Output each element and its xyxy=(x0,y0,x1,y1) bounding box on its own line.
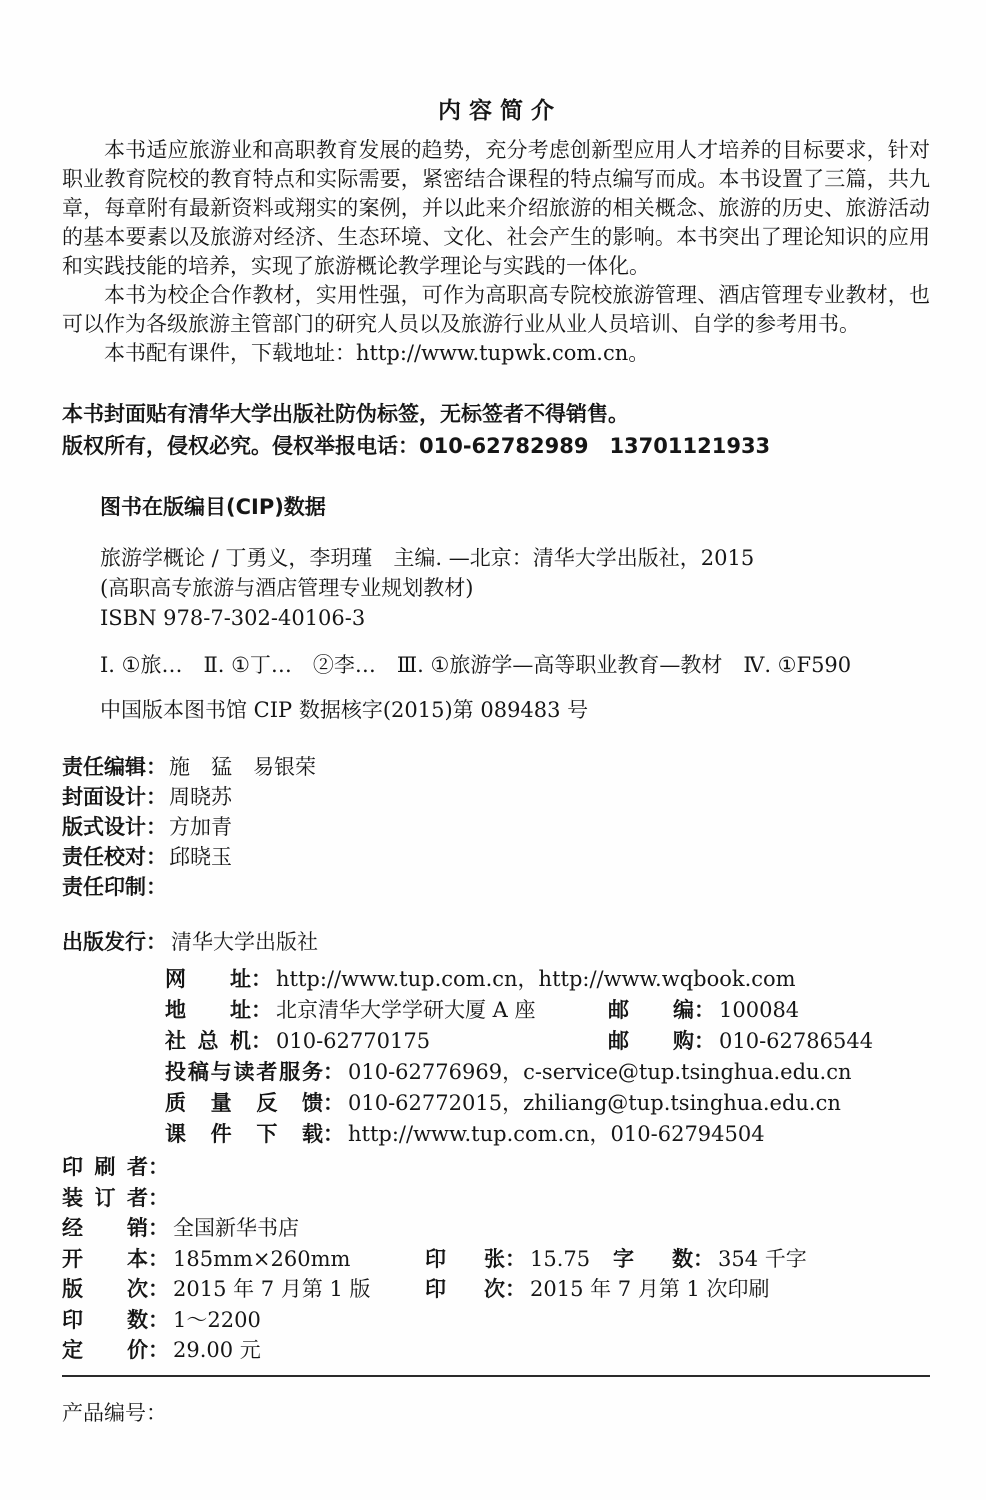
address-row: 地址：北京清华大学学研大厦 A 座 邮编：100084 xyxy=(165,995,930,1026)
courseware-value: http://www.tup.com.cn，010-62794504 xyxy=(348,1122,765,1146)
mail-order-col: 邮购：010-62786544 xyxy=(608,1026,873,1057)
zip-col: 邮编：100084 xyxy=(608,995,799,1026)
distributor-row: 经销：全国新华书店 xyxy=(62,1213,930,1244)
distributor-value: 全国新华书店 xyxy=(173,1216,299,1240)
colon: ： xyxy=(148,1216,169,1240)
colon: ： xyxy=(694,998,715,1022)
copyright-page: 内 容 简 介 本书适应旅游业和高职教育发展的趋势，充分考虑创新型应用人才培养的… xyxy=(0,0,986,1500)
print-run-label: 印数 xyxy=(62,1305,148,1336)
format-row: 开本：185mm×260mm 印张：15.75 字数：354 千字 xyxy=(62,1244,930,1275)
address-value: 北京清华大学学研大厦 A 座 xyxy=(276,998,536,1022)
courseware-label: 课件下载 xyxy=(165,1119,323,1150)
colon: ： xyxy=(148,1155,169,1179)
colon: ： xyxy=(251,1029,272,1053)
cip-book-line: 旅游学概论 / 丁勇义，李玥瑾 主编. —北京：清华大学出版社，2015 xyxy=(100,543,930,573)
cover-design-value: 周晓苏 xyxy=(169,785,232,809)
colon: ： xyxy=(251,967,272,991)
switchboard-label: 社总机 xyxy=(165,1026,251,1057)
colon: ： xyxy=(505,1247,526,1271)
intro-paragraph-3: 本书配有课件，下载地址：http://www.tupwk.com.cn。 xyxy=(62,339,930,368)
edition-label: 版次 xyxy=(62,1274,148,1305)
cip-block: 图书在版编目(CIP)数据 旅游学概论 / 丁勇义，李玥瑾 主编. —北京：清华… xyxy=(100,492,930,725)
address-label: 地址 xyxy=(165,995,251,1026)
colon: ： xyxy=(694,1029,715,1053)
quality-feedback-value: 010-62772015，zhiliang@tup.tsinghua.edu.c… xyxy=(348,1091,841,1115)
footer-divider xyxy=(62,1375,930,1377)
page-title: 内 容 简 介 xyxy=(62,96,930,126)
words-col: 字数：354 千字 xyxy=(613,1244,807,1275)
anti-counterfeit-line: 本书封面贴有清华大学出版社防伪标签，无标签者不得销售。 xyxy=(62,398,930,430)
mail-order-label: 邮购 xyxy=(608,1026,694,1057)
quality-feedback-row: 质量反馈：010-62772015，zhiliang@tup.tsinghua.… xyxy=(165,1088,930,1119)
words-value: 354 千字 xyxy=(718,1247,807,1271)
binder-row: 装订者： xyxy=(62,1183,930,1214)
publisher-name: 清华大学出版社 xyxy=(171,930,318,954)
rights-hotline-line: 版权所有，侵权必究。侵权举报电话：010-62782989 1370112193… xyxy=(62,430,930,462)
distributor-label: 经销 xyxy=(62,1213,148,1244)
zip-label: 邮编 xyxy=(608,995,694,1026)
colon: ： xyxy=(323,1122,344,1146)
colon: ： xyxy=(148,1247,169,1271)
printer-label: 印刷者 xyxy=(62,1152,148,1183)
impression-value: 2015 年 7 月第 1 次印刷 xyxy=(530,1277,770,1301)
mail-order-value: 010-62786544 xyxy=(719,1029,873,1053)
credit-row-layout-design: 版式设计：方加青 xyxy=(62,812,930,842)
credit-row-editor: 责任编辑：施 猛 易银荣 xyxy=(62,752,930,782)
credit-row-print-supervisor: 责任印制： xyxy=(62,872,930,902)
publisher-row: 出版发行：清华大学出版社 xyxy=(62,927,930,958)
edition-row: 版次：2015 年 7 月第 1 版 印次：2015 年 7 月第 1 次印刷 xyxy=(62,1274,930,1305)
website-row: 网址：http://www.tup.com.cn，http://www.wqbo… xyxy=(165,964,930,995)
reader-service-row: 投稿与读者服务：010-62776969，c-service@tup.tsing… xyxy=(165,1057,930,1088)
cip-classification-line: Ⅰ. ①旅… Ⅱ. ①丁… ②李… Ⅲ. ①旅游学—高等职业教育—教材 Ⅳ. ①… xyxy=(100,650,930,680)
printing-block: 印刷者： 装订者： 经销：全国新华书店 开本：185mm×260mm 印张：15… xyxy=(62,1152,930,1366)
colon: ： xyxy=(148,1277,169,1301)
website-label: 网址 xyxy=(165,964,251,995)
publisher-details: 网址：http://www.tup.com.cn，http://www.wqbo… xyxy=(165,964,930,1150)
layout-design-value: 方加青 xyxy=(169,815,232,839)
words-label: 字数 xyxy=(613,1244,693,1275)
reader-service-value: 010-62776969，c-service@tup.tsinghua.edu.… xyxy=(348,1060,852,1084)
switchboard-row: 社总机：010-62770175 邮购：010-62786544 xyxy=(165,1026,930,1057)
print-supervisor-label: 责任印制： xyxy=(62,875,167,899)
reader-service-label: 投稿与读者服务 xyxy=(165,1057,323,1088)
proofreader-label: 责任校对： xyxy=(62,845,167,869)
intro-paragraph-1: 本书适应旅游业和高职教育发展的趋势，充分考虑创新型应用人才培养的目标要求，针对职… xyxy=(62,136,930,281)
cip-book-info: 旅游学概论 / 丁勇义，李玥瑾 主编. —北京：清华大学出版社，2015 (高职… xyxy=(100,543,930,633)
credit-row-cover-design: 封面设计：周晓苏 xyxy=(62,782,930,812)
price-label: 定价 xyxy=(62,1335,148,1366)
layout-design-label: 版式设计： xyxy=(62,815,167,839)
colon: ： xyxy=(323,1091,344,1115)
proofreader-value: 邱晓玉 xyxy=(169,845,232,869)
colon: ： xyxy=(693,1247,714,1271)
edition-value: 2015 年 7 月第 1 版 xyxy=(173,1277,371,1301)
publisher-block: 出版发行：清华大学出版社 网址：http://www.tup.com.cn，ht… xyxy=(62,927,930,1150)
impression-label: 印次 xyxy=(425,1274,505,1305)
colon: ： xyxy=(251,998,272,1022)
cip-record-line: 中国版本图书馆 CIP 数据核字(2015)第 089483 号 xyxy=(100,695,930,725)
colon: ： xyxy=(148,1186,169,1210)
editor-label: 责任编辑： xyxy=(62,755,167,779)
sheets-label: 印张 xyxy=(425,1244,505,1275)
impression-col: 印次：2015 年 7 月第 1 次印刷 xyxy=(425,1274,770,1305)
publisher-label: 出版发行： xyxy=(62,930,167,954)
copyright-warning: 本书封面贴有清华大学出版社防伪标签，无标签者不得销售。 版权所有，侵权必究。侵权… xyxy=(62,398,930,462)
intro-paragraph-2: 本书为校企合作教材，实用性强，可作为高职高专院校旅游管理、酒店管理专业教材，也可… xyxy=(62,281,930,339)
format-value: 185mm×260mm xyxy=(173,1247,350,1271)
print-run-value: 1～2200 xyxy=(173,1308,261,1332)
switchboard-value: 010-62770175 xyxy=(276,1029,430,1053)
intro-section: 本书适应旅游业和高职教育发展的趋势，充分考虑创新型应用人才培养的目标要求，针对职… xyxy=(62,136,930,368)
sheets-col: 印张：15.75 xyxy=(425,1244,590,1275)
colon: ： xyxy=(148,1338,169,1362)
sheets-value: 15.75 xyxy=(530,1247,590,1271)
quality-feedback-label: 质量反馈 xyxy=(165,1088,323,1119)
editor-value: 施 猛 易银荣 xyxy=(169,755,316,779)
colon: ： xyxy=(323,1060,344,1084)
colon: ： xyxy=(148,1308,169,1332)
cip-heading: 图书在版编目(CIP)数据 xyxy=(100,492,930,522)
price-row: 定价：29.00 元 xyxy=(62,1335,930,1366)
zip-value: 100084 xyxy=(719,998,799,1022)
credits-block: 责任编辑：施 猛 易银荣 封面设计：周晓苏 版式设计：方加青 责任校对：邱晓玉 … xyxy=(62,752,930,902)
courseware-row: 课件下载：http://www.tup.com.cn，010-62794504 xyxy=(165,1119,930,1150)
print-run-row: 印数：1～2200 xyxy=(62,1305,930,1336)
binder-label: 装订者 xyxy=(62,1183,148,1214)
printer-row: 印刷者： xyxy=(62,1152,930,1183)
product-number-label: 产品编号： xyxy=(62,1398,930,1428)
credit-row-proofreader: 责任校对：邱晓玉 xyxy=(62,842,930,872)
price-value: 29.00 元 xyxy=(173,1338,261,1362)
cover-design-label: 封面设计： xyxy=(62,785,167,809)
format-label: 开本 xyxy=(62,1244,148,1275)
cip-series-line: (高职高专旅游与酒店管理专业规划教材) xyxy=(100,573,930,603)
website-value: http://www.tup.com.cn，http://www.wqbook.… xyxy=(276,967,796,991)
cip-isbn-line: ISBN 978-7-302-40106-3 xyxy=(100,603,930,633)
colon: ： xyxy=(505,1277,526,1301)
